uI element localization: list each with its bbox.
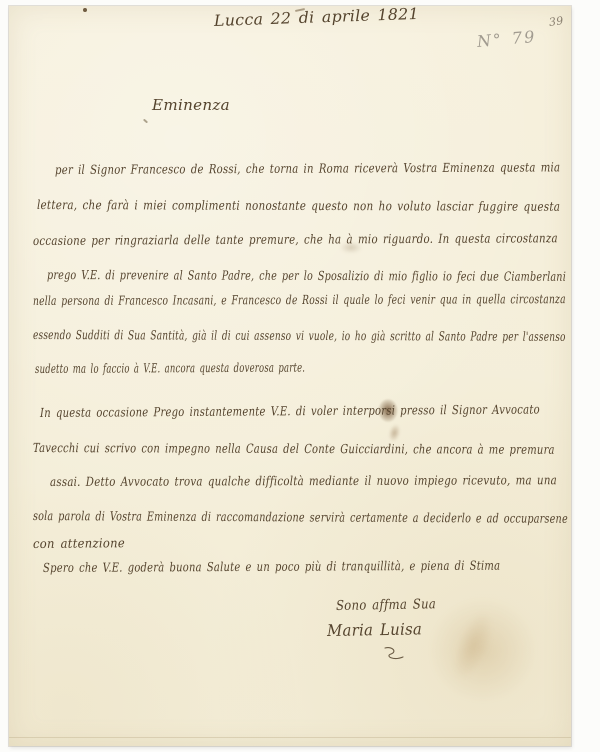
body-line: nella persona di Francesco Incasani, e F…: [33, 291, 566, 308]
signature: Maria Luisa: [327, 619, 422, 640]
body-line: Tavecchi cui scrivo con impegno nella Ca…: [33, 440, 555, 457]
closing-line: Sono affma Sua: [336, 596, 436, 614]
salutation: Eminenza: [152, 96, 230, 114]
body-line: assai. Detto Avvocato trova qualche diff…: [50, 472, 557, 489]
manuscript-letter-photo: Lucca 22 di aprile 1821 39 N° 79 Eminenz…: [0, 0, 600, 752]
body-line: essendo Sudditi di Sua Santità, già il d…: [33, 327, 566, 344]
letter-paper: [9, 6, 571, 746]
body-line: per il Signor Francesco de Rossi, che to…: [55, 159, 560, 177]
body-line: sola parola di Vostra Eminenza di raccom…: [33, 508, 568, 526]
body-line: occasione per ringraziarla delle tante p…: [33, 230, 558, 248]
body-line: lettera, che farà i miei complimenti non…: [37, 197, 560, 214]
body-line: con attenzione: [33, 535, 125, 551]
body-line: prego V.E. di prevenire al Santo Padre, …: [47, 267, 566, 284]
body-line: sudetto ma lo faccio à V.E. ancora quest…: [35, 360, 305, 376]
body-line: Spero che V.E. goderà buona Salute e un …: [43, 558, 500, 575]
archive-number-annotation: 39: [548, 14, 564, 29]
signature-flourish: [383, 646, 407, 662]
